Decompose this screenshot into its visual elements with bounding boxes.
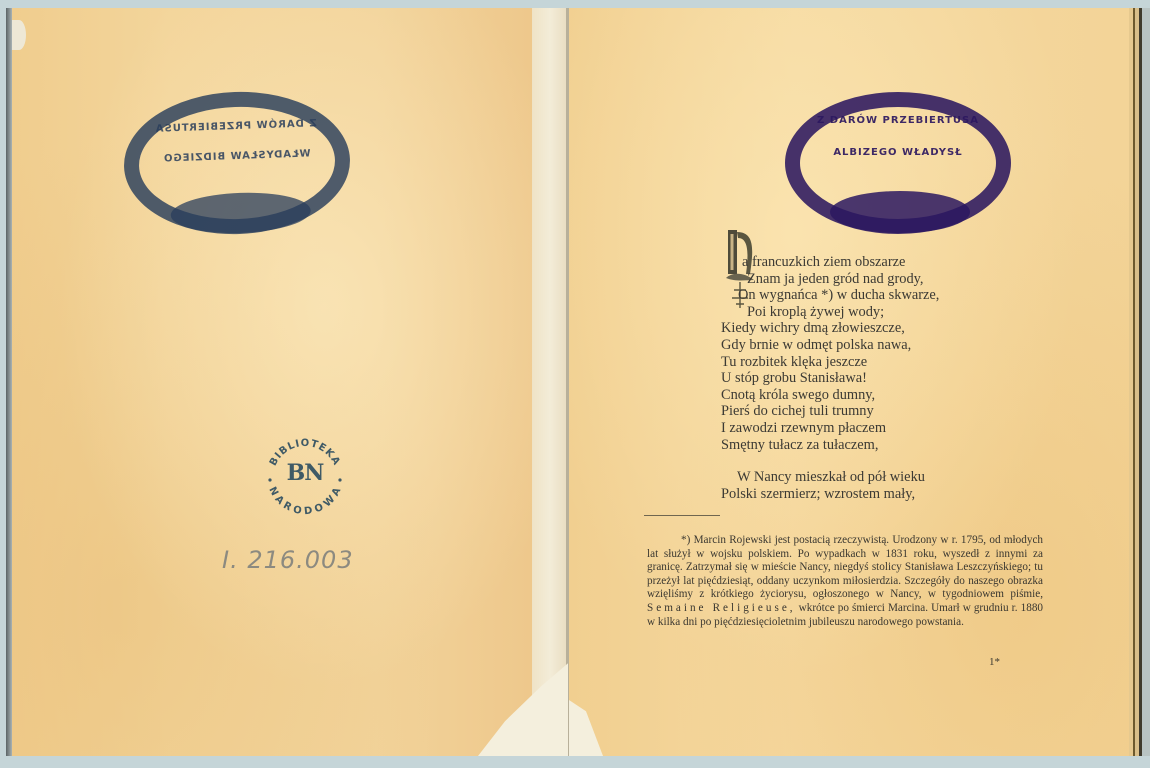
stamp-text-line2: ALBIZEGO WŁADYSŁ <box>800 147 996 158</box>
poem-line: W Nancy mieszkał od pół wieku <box>721 469 939 486</box>
footnote-rule <box>644 515 720 516</box>
ownership-stamp-right: Z DARÓW PRZEBIERTUSA ALBIZEGO WŁADYSŁ <box>785 92 1011 234</box>
poem-line: Tu rozbitek klęka jeszcze <box>721 354 939 371</box>
stamp-text-line1: Z DARÓW PRZEBIERTUSA <box>138 118 334 136</box>
stanza-gap <box>721 453 939 469</box>
signature-mark: 1* <box>989 656 1000 668</box>
poem-line: Poi kroplą żywej wody; <box>721 304 939 321</box>
svg-text:N: N <box>741 229 742 231</box>
library-stamp: BIBLIOTEKA NARODOWA BN <box>261 432 349 520</box>
poem-line: On wygnańca *) w ducha skwarze, <box>721 287 939 304</box>
gutter-strip <box>532 8 568 756</box>
poem: a francuzkich ziem obszarze Znam ja jede… <box>721 254 939 502</box>
page-notch <box>12 20 26 50</box>
page-edges-right <box>1129 8 1150 756</box>
poem-line: Pierś do cichej tuli trumny <box>721 403 939 420</box>
footnote-text: *) Marcin Rojewski jest postacią rzeczyw… <box>647 534 1043 600</box>
stamp-text-line1: Z DARÓW PRZEBIERTUSA <box>800 115 996 126</box>
poem-line: Gdy brnie w odmęt polska nawa, <box>721 337 939 354</box>
library-stamp-center: BN <box>261 460 349 486</box>
shelfmark-pencil: I. 216.003 <box>222 546 354 574</box>
svg-text:NARODOWA: NARODOWA <box>266 485 343 517</box>
poem-line: Smętny tułacz za tułaczem, <box>721 437 939 454</box>
stamp-text-line2: WŁADYSŁAW BIDZIEGO <box>139 148 335 166</box>
poem-line: Kiedy wichry dmą złowieszcze, <box>721 320 939 337</box>
stamp-ink-blob <box>830 191 970 233</box>
footnote: *) Marcin Rojewski jest postacią rzeczyw… <box>647 534 1043 629</box>
poem-line: Znam ja jeden gród nad grody, <box>721 271 939 288</box>
poem-line: a francuzkich ziem obszarze <box>721 254 939 271</box>
poem-line: Polski szermierz; wzrostem mały, <box>721 486 939 503</box>
poem-line: I zawodzi rzewnym płaczem <box>721 420 939 437</box>
poem-line: U stóp grobu Stanisława! <box>721 370 939 387</box>
footnote-periodical-title: Semaine Religieuse, <box>647 602 796 614</box>
poem-line: Cnotą króla swego dumny, <box>721 387 939 404</box>
